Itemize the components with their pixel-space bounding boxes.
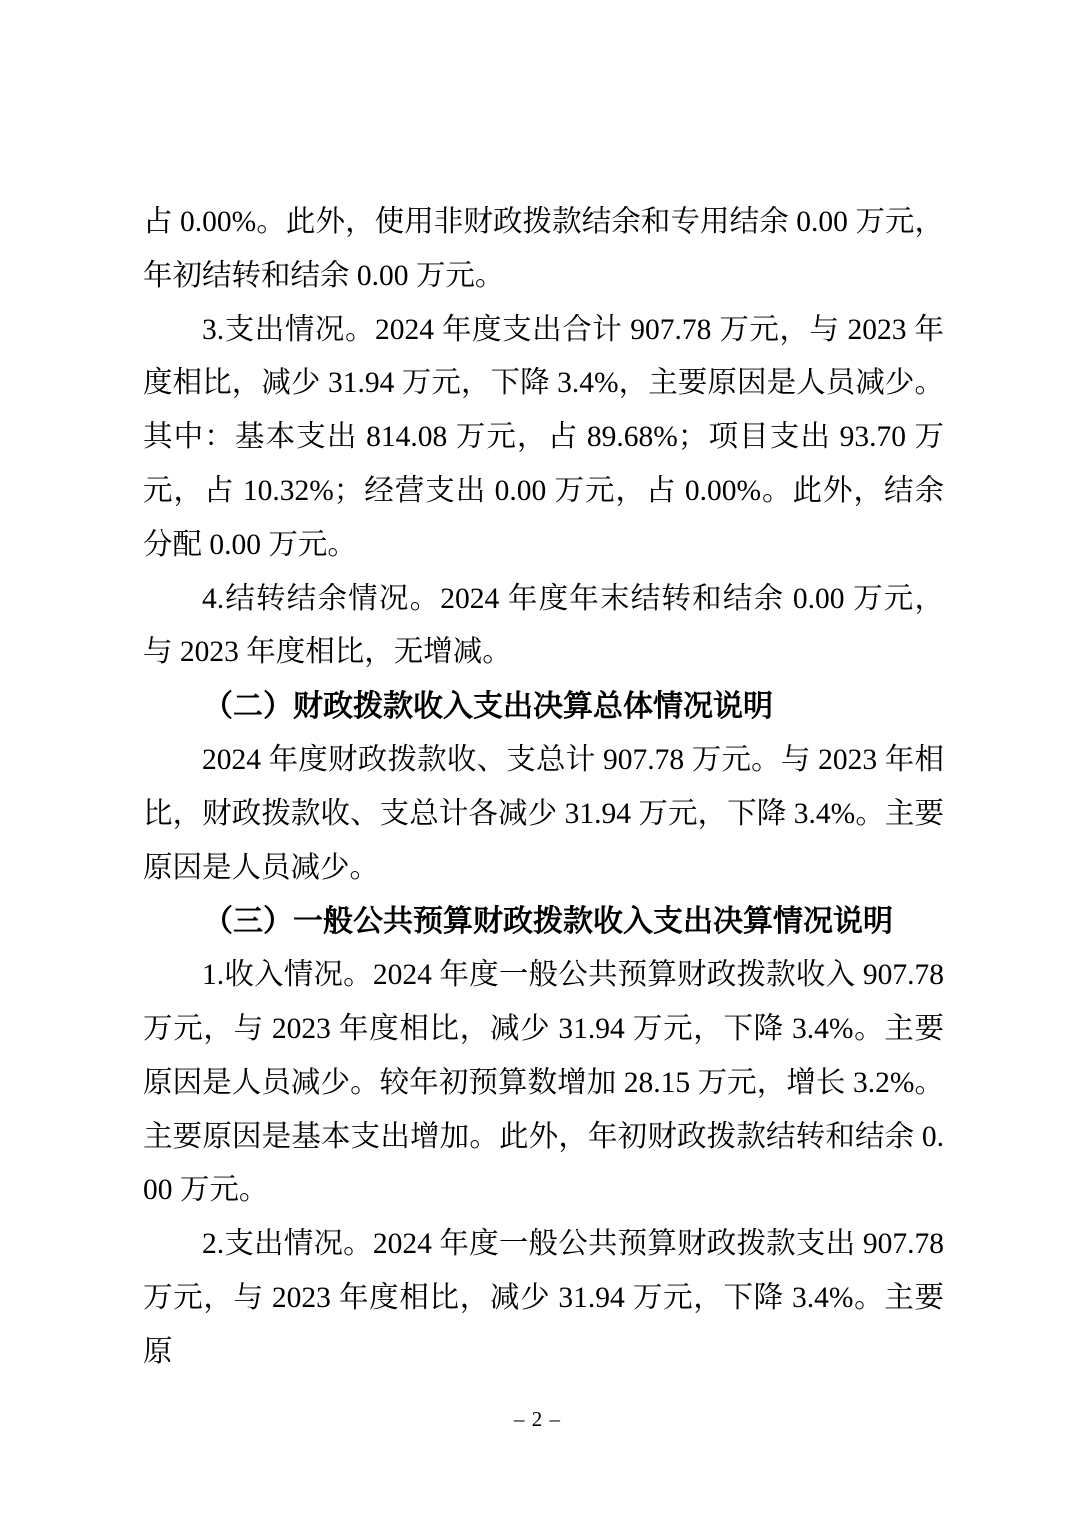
section-heading-fiscal-appropriation-overview: （二）财政拨款收入支出决算总体情况说明: [143, 680, 944, 734]
body-paragraph-income: 1.收入情况。2024 年度一般公共预算财政拨款收入 907.78 万元，与 2…: [143, 949, 944, 1218]
body-paragraph-carryover: 4.结转结余情况。2024 年度年末结转和结余 0.00 万元，与 2023 年…: [143, 573, 944, 681]
body-paragraph-appropriation-total: 2024 年度财政拨款收、支总计 907.78 万元。与 2023 年相比，财政…: [143, 734, 944, 895]
body-paragraph-expenditure-general: 2.支出情况。2024 年度一般公共预算财政拨款支出 907.78 万元，与 2…: [143, 1218, 944, 1379]
section-heading-general-public-budget: （三）一般公共预算财政拨款收入支出决算情况说明: [143, 895, 944, 949]
document-page: 占 0.00%。此外，使用非财政拨款结余和专用结余 0.00 万元，年初结转和结…: [0, 0, 1075, 1520]
body-paragraph-continuation: 占 0.00%。此外，使用非财政拨款结余和专用结余 0.00 万元，年初结转和结…: [143, 196, 944, 304]
page-number: – 2 –: [0, 1406, 1075, 1432]
body-paragraph-expenditure: 3.支出情况。2024 年度支出合计 907.78 万元，与 2023 年度相比…: [143, 304, 944, 573]
document-body: 占 0.00%。此外，使用非财政拨款结余和专用结余 0.00 万元，年初结转和结…: [143, 196, 944, 1380]
